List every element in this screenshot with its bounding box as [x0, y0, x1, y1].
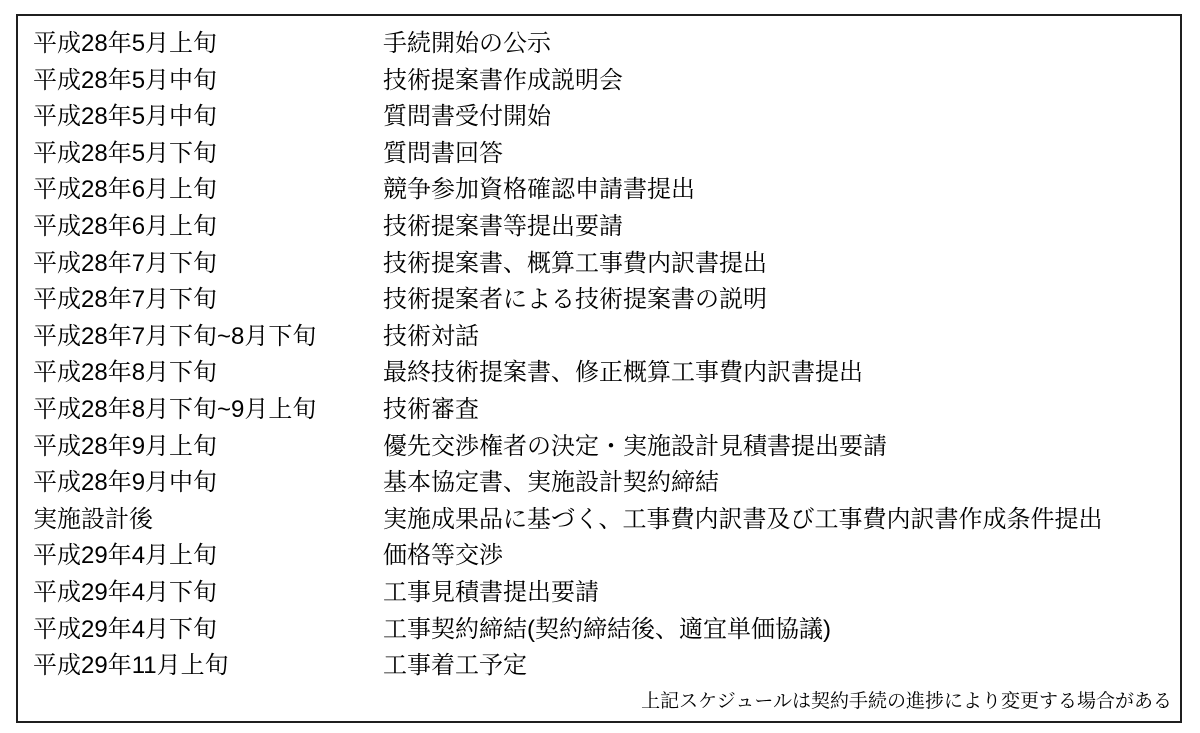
schedule-date: 平成28年5月下旬 — [33, 136, 383, 173]
schedule-row: 平成28年7月下旬 技術提案者による技術提案書の説明 — [33, 282, 1170, 319]
schedule-date: 平成28年9月中旬 — [33, 465, 383, 502]
schedule-date: 平成28年5月中旬 — [33, 99, 383, 136]
schedule-date: 平成29年4月上旬 — [33, 538, 383, 575]
schedule-row: 平成28年9月中旬 基本協定書、実施設計契約締結 — [33, 465, 1170, 502]
schedule-date: 平成28年9月上旬 — [33, 429, 383, 466]
schedule-date: 平成28年5月中旬 — [33, 63, 383, 100]
schedule-date: 平成28年6月上旬 — [33, 172, 383, 209]
schedule-date: 平成29年4月下旬 — [33, 575, 383, 612]
schedule-row: 平成28年5月中旬 技術提案書作成説明会 — [33, 63, 1170, 100]
schedule-event: 工事着工予定 — [383, 648, 1170, 685]
schedule-event: 技術提案書等提出要請 — [383, 209, 1170, 246]
schedule-date: 平成28年7月下旬~8月下旬 — [33, 319, 383, 356]
schedule-table: 平成28年5月上旬 手続開始の公示 平成28年5月中旬 技術提案書作成説明会 平… — [33, 26, 1170, 685]
schedule-date: 平成28年7月下旬 — [33, 246, 383, 283]
schedule-event: 優先交渉権者の決定・実施設計見積書提出要請 — [383, 429, 1170, 466]
schedule-event: 実施成果品に基づく、工事費内訳書及び工事費内訳書作成条件提出 — [383, 502, 1170, 539]
schedule-row: 平成28年5月中旬 質問書受付開始 — [33, 99, 1170, 136]
schedule-event: 質問書受付開始 — [383, 99, 1170, 136]
schedule-event: 工事見積書提出要請 — [383, 575, 1170, 612]
schedule-row: 平成28年7月下旬 技術提案書、概算工事費内訳書提出 — [33, 246, 1170, 283]
schedule-row: 平成28年5月上旬 手続開始の公示 — [33, 26, 1170, 63]
schedule-row: 平成28年6月上旬 競争参加資格確認申請書提出 — [33, 172, 1170, 209]
schedule-date: 平成28年6月上旬 — [33, 209, 383, 246]
schedule-box: 平成28年5月上旬 手続開始の公示 平成28年5月中旬 技術提案書作成説明会 平… — [16, 14, 1182, 723]
schedule-date: 平成28年5月上旬 — [33, 26, 383, 63]
schedule-date: 平成29年11月上旬 — [33, 648, 383, 685]
schedule-event: 基本協定書、実施設計契約締結 — [383, 465, 1170, 502]
schedule-event: 技術対話 — [383, 319, 1170, 356]
schedule-row: 実施設計後 実施成果品に基づく、工事費内訳書及び工事費内訳書作成条件提出 — [33, 502, 1170, 539]
schedule-date: 平成29年4月下旬 — [33, 612, 383, 649]
schedule-row: 平成29年4月下旬 工事契約締結(契約締結後、適宜単価協議) — [33, 612, 1170, 649]
schedule-date: 実施設計後 — [33, 502, 383, 539]
schedule-row: 平成28年9月上旬 優先交渉権者の決定・実施設計見積書提出要請 — [33, 429, 1170, 466]
schedule-event: 技術提案者による技術提案書の説明 — [383, 282, 1170, 319]
schedule-row: 平成28年6月上旬 技術提案書等提出要請 — [33, 209, 1170, 246]
schedule-date: 平成28年7月下旬 — [33, 282, 383, 319]
schedule-event: 技術審査 — [383, 392, 1170, 429]
schedule-event: 工事契約締結(契約締結後、適宜単価協議) — [383, 612, 1170, 649]
schedule-event: 技術提案書作成説明会 — [383, 63, 1170, 100]
schedule-row: 平成28年8月下旬~9月上旬 技術審査 — [33, 392, 1170, 429]
schedule-event: 最終技術提案書、修正概算工事費内訳書提出 — [383, 355, 1170, 392]
schedule-event: 質問書回答 — [383, 136, 1170, 173]
schedule-row: 平成28年8月下旬 最終技術提案書、修正概算工事費内訳書提出 — [33, 355, 1170, 392]
schedule-event: 技術提案書、概算工事費内訳書提出 — [383, 246, 1170, 283]
schedule-date: 平成28年8月下旬~9月上旬 — [33, 392, 383, 429]
schedule-event: 価格等交渉 — [383, 538, 1170, 575]
schedule-row: 平成28年7月下旬~8月下旬 技術対話 — [33, 319, 1170, 356]
schedule-event: 競争参加資格確認申請書提出 — [383, 172, 1170, 209]
schedule-row: 平成29年4月上旬 価格等交渉 — [33, 538, 1170, 575]
schedule-row: 平成29年11月上旬 工事着工予定 — [33, 648, 1170, 685]
schedule-event: 手続開始の公示 — [383, 26, 1170, 63]
schedule-footnote: 上記スケジュールは契約手続の進捗により変更する場合がある — [641, 689, 1172, 715]
schedule-row: 平成28年5月下旬 質問書回答 — [33, 136, 1170, 173]
schedule-date: 平成28年8月下旬 — [33, 355, 383, 392]
schedule-row: 平成29年4月下旬 工事見積書提出要請 — [33, 575, 1170, 612]
